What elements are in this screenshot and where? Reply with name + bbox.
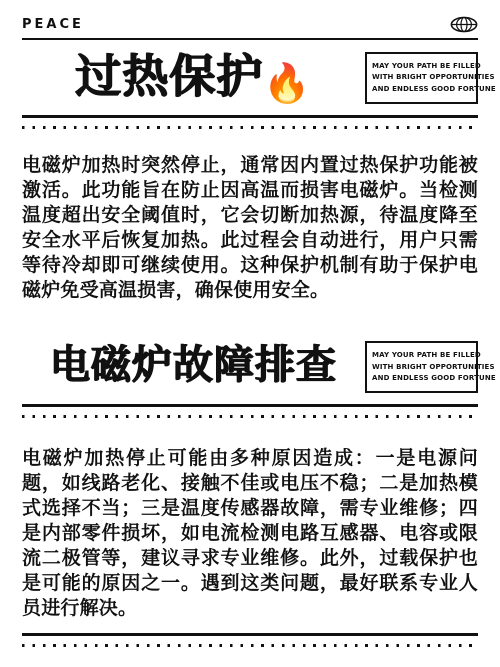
motto-line: AND ENDLESS GOOD FORTUNE — [372, 373, 471, 384]
poster-page: PEACE 过热保护🔥 MAY YOUR PATH BE FILLED WITH… — [0, 0, 500, 667]
title-wrap: 过热保护🔥 — [22, 52, 365, 104]
motto-box: MAY YOUR PATH BE FILLED WITH BRIGHT OPPO… — [365, 52, 478, 104]
divider-dotted — [22, 415, 478, 418]
motto-line: WITH BRIGHT OPPORTUNITIES — [372, 362, 471, 373]
divider-solid — [22, 404, 478, 408]
brand-text: PEACE — [22, 17, 84, 32]
divider-solid — [22, 115, 478, 119]
motto-box: MAY YOUR PATH BE FILLED WITH BRIGHT OPPO… — [365, 341, 478, 393]
motto-line: WITH BRIGHT OPPORTUNITIES — [372, 72, 471, 83]
section-title: 电磁炉故障排查 — [50, 344, 337, 390]
section-title-text: 过热保护 — [75, 49, 263, 103]
header: PEACE — [22, 16, 478, 40]
section-title: 过热保护🔥 — [75, 52, 311, 104]
footer-rule-solid — [22, 633, 478, 637]
section-overheat-protection: 过热保护🔥 MAY YOUR PATH BE FILLED WITH BRIGH… — [22, 40, 478, 303]
title-wrap: 电磁炉故障排查 — [22, 344, 365, 390]
title-row: 电磁炉故障排查 MAY YOUR PATH BE FILLED WITH BRI… — [22, 341, 478, 393]
body-paragraph: 电磁炉加热时突然停止，通常因内置过热保护功能被激活。此功能旨在防止因高温而损害电… — [22, 153, 478, 303]
motto-line: MAY YOUR PATH BE FILLED — [372, 61, 471, 72]
flame-emoji: 🔥 — [263, 61, 311, 105]
motto-line: MAY YOUR PATH BE FILLED — [372, 350, 471, 361]
footer-rule-dotted — [22, 644, 478, 647]
globe-icon — [450, 16, 478, 33]
section-troubleshooting: 电磁炉故障排查 MAY YOUR PATH BE FILLED WITH BRI… — [22, 329, 478, 621]
footer — [22, 623, 478, 648]
body-paragraph: 电磁炉加热停止可能由多种原因造成：一是电源问题，如线路老化、接触不佳或电压不稳；… — [22, 446, 478, 621]
title-row: 过热保护🔥 MAY YOUR PATH BE FILLED WITH BRIGH… — [22, 52, 478, 104]
motto-line: AND ENDLESS GOOD FORTUNE — [372, 84, 471, 95]
section-title-text: 电磁炉故障排查 — [50, 342, 337, 388]
divider-dotted — [22, 126, 478, 129]
